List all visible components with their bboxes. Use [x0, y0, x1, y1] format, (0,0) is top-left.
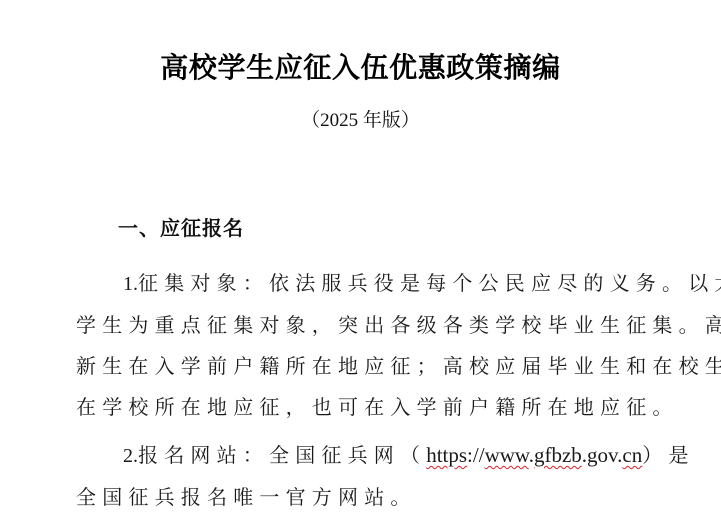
- line-text: 报名网站：全国征兵网（: [138, 443, 426, 467]
- line-text: ）是: [642, 443, 694, 467]
- website-url[interactable]: https://www.gfbzb.gov.cn: [426, 443, 642, 467]
- paragraph-line: 1.征集对象：依法服兵役是每个公民应尽的义务。以大: [76, 263, 632, 305]
- document-subtitle: （2025 年版）: [0, 106, 721, 136]
- url-part: ://: [467, 443, 485, 467]
- paragraph-line: 2.报名网站：全国征兵网（https://www.gfbzb.gov.cn）是: [76, 435, 632, 477]
- item-number: 1.: [123, 273, 138, 295]
- paragraph-line: 新生在入学前户籍所在地应征；高校应届毕业生和在校生可: [76, 346, 632, 387]
- url-part-spellcheck: www: [485, 443, 529, 467]
- document-title: 高校学生应征入伍优惠政策摘编: [0, 48, 721, 88]
- url-part-spellcheck: https: [426, 443, 467, 467]
- paragraph-line: 学生为重点征集对象，突出各级各类学校毕业生征集。高校: [76, 305, 632, 346]
- url-part: .gov.: [582, 443, 623, 467]
- paragraph-line: 全国征兵报名唯一官方网站。: [76, 477, 632, 518]
- section-heading-enlistment-registration: 一、应征报名: [118, 213, 244, 243]
- document-page: 高校学生应征入伍优惠政策摘编 （2025 年版） 一、应征报名 1.征集对象：依…: [0, 0, 721, 530]
- paragraph-recruitment-targets: 1.征集对象：依法服兵役是每个公民应尽的义务。以大 学生为重点征集对象，突出各级…: [76, 263, 632, 428]
- paragraph-line: 在学校所在地应征，也可在入学前户籍所在地应征。: [76, 387, 632, 428]
- paragraph-registration-website: 2.报名网站：全国征兵网（https://www.gfbzb.gov.cn）是 …: [76, 435, 632, 518]
- url-part-spellcheck: gfbzb: [534, 443, 582, 467]
- line-text: 征集对象：依法服兵役是每个公民应尽的义务。以大: [138, 271, 721, 295]
- url-part-spellcheck: cn: [622, 443, 642, 467]
- item-number: 2.: [123, 445, 138, 467]
